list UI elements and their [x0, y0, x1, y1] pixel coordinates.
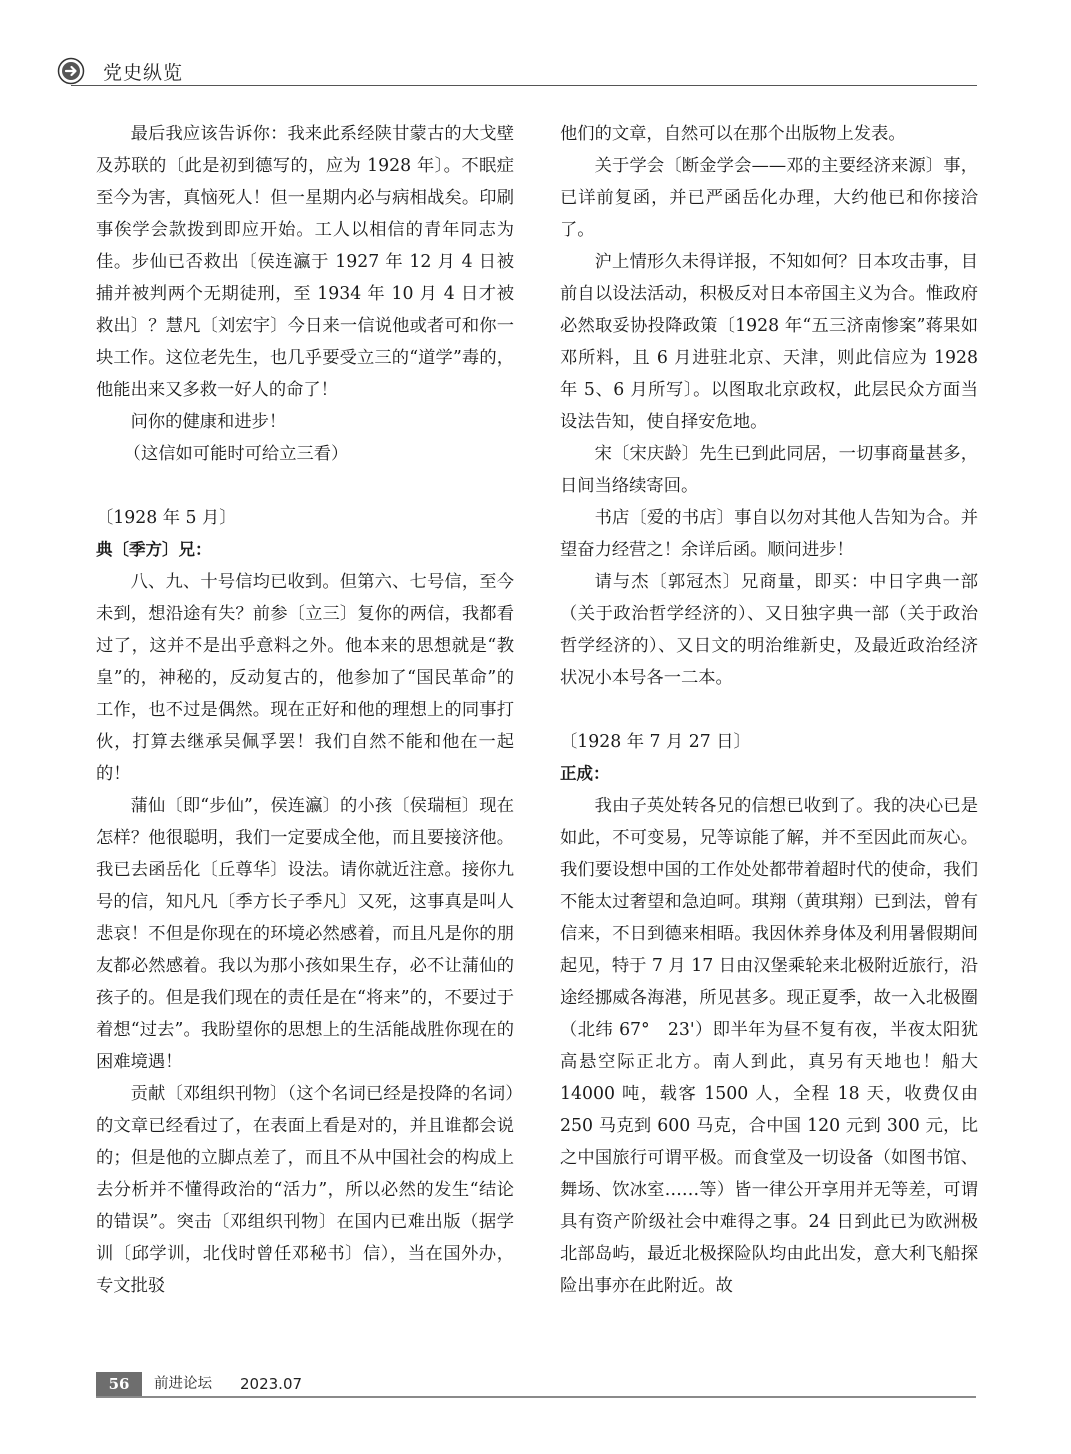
spacer [560, 694, 978, 726]
paragraph: 关于学会〔断金学会——邓的主要经济来源〕事，已详前复函，并已严函岳化办理，大约他… [560, 150, 978, 246]
paragraph: 贡献〔邓组织刊物〕（这个名词已经是投降的名词）的文章已经看过了，在表面上看是对的… [96, 1078, 514, 1302]
issue-date: 2023.07 [240, 1372, 302, 1396]
section-title: 党史纵览 [103, 58, 183, 85]
right-column: 他们的文章，自然可以在那个出版物上发表。 关于学会〔断金学会——邓的主要经济来源… [560, 118, 978, 1302]
page-number: 56 [96, 1372, 142, 1396]
header-rule [71, 85, 977, 86]
page-header: 党史纵览 [57, 56, 977, 88]
paragraph: 宋〔宋庆龄〕先生已到此同居，一切事商量甚多，日间当络续寄回。 [560, 438, 978, 502]
letter-salutation: 正成： [560, 758, 978, 790]
letter-salutation: 典〔季方〕兄： [96, 534, 514, 566]
paragraph: 请与杰〔郭冠杰〕兄商量，即买：中日字典一部（关于政治哲学经济的）、又日独字典一部… [560, 566, 978, 694]
letter-date: 〔1928 年 7 月 27 日〕 [560, 726, 978, 758]
page-footer: 56 前进论坛 2023.07 [96, 1372, 976, 1398]
spacer [96, 470, 514, 502]
paragraph: 他们的文章，自然可以在那个出版物上发表。 [560, 118, 978, 150]
paragraph: 蒲仙〔即“步仙”，侯连瀛〕的小孩〔侯瑞桓〕现在怎样？他很聪明，我们一定要成全他，… [96, 790, 514, 1078]
paragraph: 八、九、十号信均已收到。但第六、七号信，至今未到，想沿途有失？前参〔立三〕复你的… [96, 566, 514, 790]
paragraph: 我由子英处转各兄的信想已收到了。我的决心已是如此，不可变易，兄等谅能了解，并不至… [560, 790, 978, 1302]
paragraph: （这信如可能时可给立三看） [96, 438, 514, 470]
left-column: 最后我应该告诉你：我来此系经陕甘蒙古的大戈壁及苏联的〔此是初到德写的，应为 19… [96, 118, 514, 1302]
letter-date: 〔1928 年 5 月〕 [96, 502, 514, 534]
paragraph: 沪上情形久未得详报，不知如何？日本攻击事，目前自以设法活动，积极反对日本帝国主义… [560, 246, 978, 438]
paragraph: 书店〔爱的书店〕事自以勿对其他人告知为合。并望奋力经营之！余详后函。顺问进步！ [560, 502, 978, 566]
paragraph: 最后我应该告诉你：我来此系经陕甘蒙古的大戈壁及苏联的〔此是初到德写的，应为 19… [96, 118, 514, 406]
publication-name: 前进论坛 [154, 1372, 212, 1396]
circle-arrow-right-icon [57, 57, 85, 85]
paragraph: 问你的健康和进步！ [96, 406, 514, 438]
footer-rule [96, 1396, 976, 1398]
